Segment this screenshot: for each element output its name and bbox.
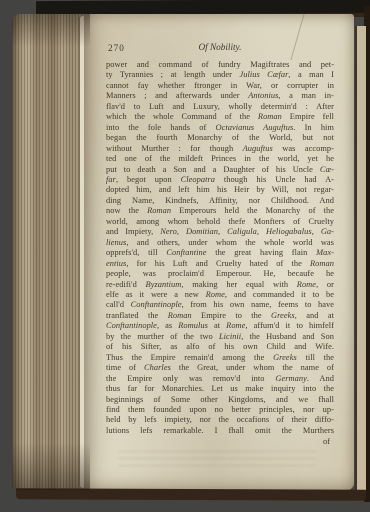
book-board-bottom	[16, 488, 366, 501]
text-line: and Impiety, Nero, Domitian, Caligula, H…	[106, 227, 334, 237]
leaf-edges	[12, 14, 90, 490]
text-line: the Empire only was remov'd into Germany…	[106, 374, 334, 384]
text-line: call'd Conftantinople, from his own name…	[106, 300, 334, 310]
running-title: Of Nobility.	[106, 42, 334, 52]
text-line: lienus, and others, under whom the whole…	[106, 238, 334, 248]
text-line: cannot fay whether ftronger in War, or c…	[106, 81, 334, 91]
ink-showthrough	[118, 450, 316, 466]
text-line: which the whole Command of the Roman Emp…	[106, 112, 334, 122]
text-line: world, among whom behold thefe Monfters …	[106, 217, 334, 227]
text-line: of his Sifter, as alfo of his own Child …	[106, 342, 334, 352]
page-header: 270 Of Nobility.	[106, 40, 334, 60]
text-line: tranflated the Roman Empire to the Greek…	[106, 311, 334, 321]
text-line: lutions lefs remarkable. I fhall omit th…	[106, 426, 334, 436]
text-line: ding Name, Kindnefs, Affinity, nor Child…	[106, 196, 334, 206]
text-line: put to death a Son and a Daughter of his…	[106, 165, 334, 175]
text-line: entius, for his Luft and Cruelty hated o…	[106, 259, 334, 269]
body-text: power and command of fundry Magiftrates …	[106, 60, 334, 436]
text-line: Manners ; and afterwards under Antonius,…	[106, 91, 334, 101]
text-line: held by lefs impiety, nor the occafions …	[106, 415, 334, 425]
book-photo: 270 Of Nobility. power and command of fu…	[0, 0, 370, 512]
text-line: now the Roman Emperours held the Monarch…	[106, 206, 334, 216]
text-line: ted one of the mildeft Princes in the wo…	[106, 154, 334, 164]
text-line: Conftantinople, as Romulus at Rome, affu…	[106, 321, 334, 331]
text-line: re-edifi'd Byzantium, making her equal w…	[106, 280, 334, 290]
text-line: without Murther : for though Auguftus wa…	[106, 144, 334, 154]
text-line: ty Tyrannies ; at length under Julius Cæ…	[106, 70, 334, 80]
text-line: into the fole hands of Octavianus Auguft…	[106, 123, 334, 133]
text-column: 270 Of Nobility. power and command of fu…	[106, 40, 334, 447]
text-line: flav'd to Luft and Luxury, wholly determ…	[106, 102, 334, 112]
text-line: began the fourth Monarchy of the World, …	[106, 133, 334, 143]
text-line: power and command of fundry Magiftrates …	[106, 60, 334, 70]
text-line: time of Charles the Great, under whom th…	[106, 363, 334, 373]
text-line: opprefs'd, till Conftantine the great ha…	[106, 248, 334, 258]
text-line: by the murther of the two Licinii, the H…	[106, 332, 334, 342]
text-line: elfe as it were a new Rome, and commande…	[106, 290, 334, 300]
text-line: people, was proclaim'd Emperour. He, bec…	[106, 269, 334, 279]
text-line: dopted him, and left him his Heir by Wil…	[106, 185, 334, 195]
text-line: find them founded upon no better princip…	[106, 405, 334, 415]
text-line: thus far for Monarchies. Let us make inq…	[106, 384, 334, 394]
text-line: beginnings of Some other Kingdoms, and w…	[106, 395, 334, 405]
text-line: Thus the Empire remain'd among the Greek…	[106, 353, 334, 363]
adjacent-page-edge	[355, 26, 366, 494]
text-line: far, begot upon Cleopatra though his Unc…	[106, 175, 334, 185]
catchword: of	[106, 436, 334, 447]
